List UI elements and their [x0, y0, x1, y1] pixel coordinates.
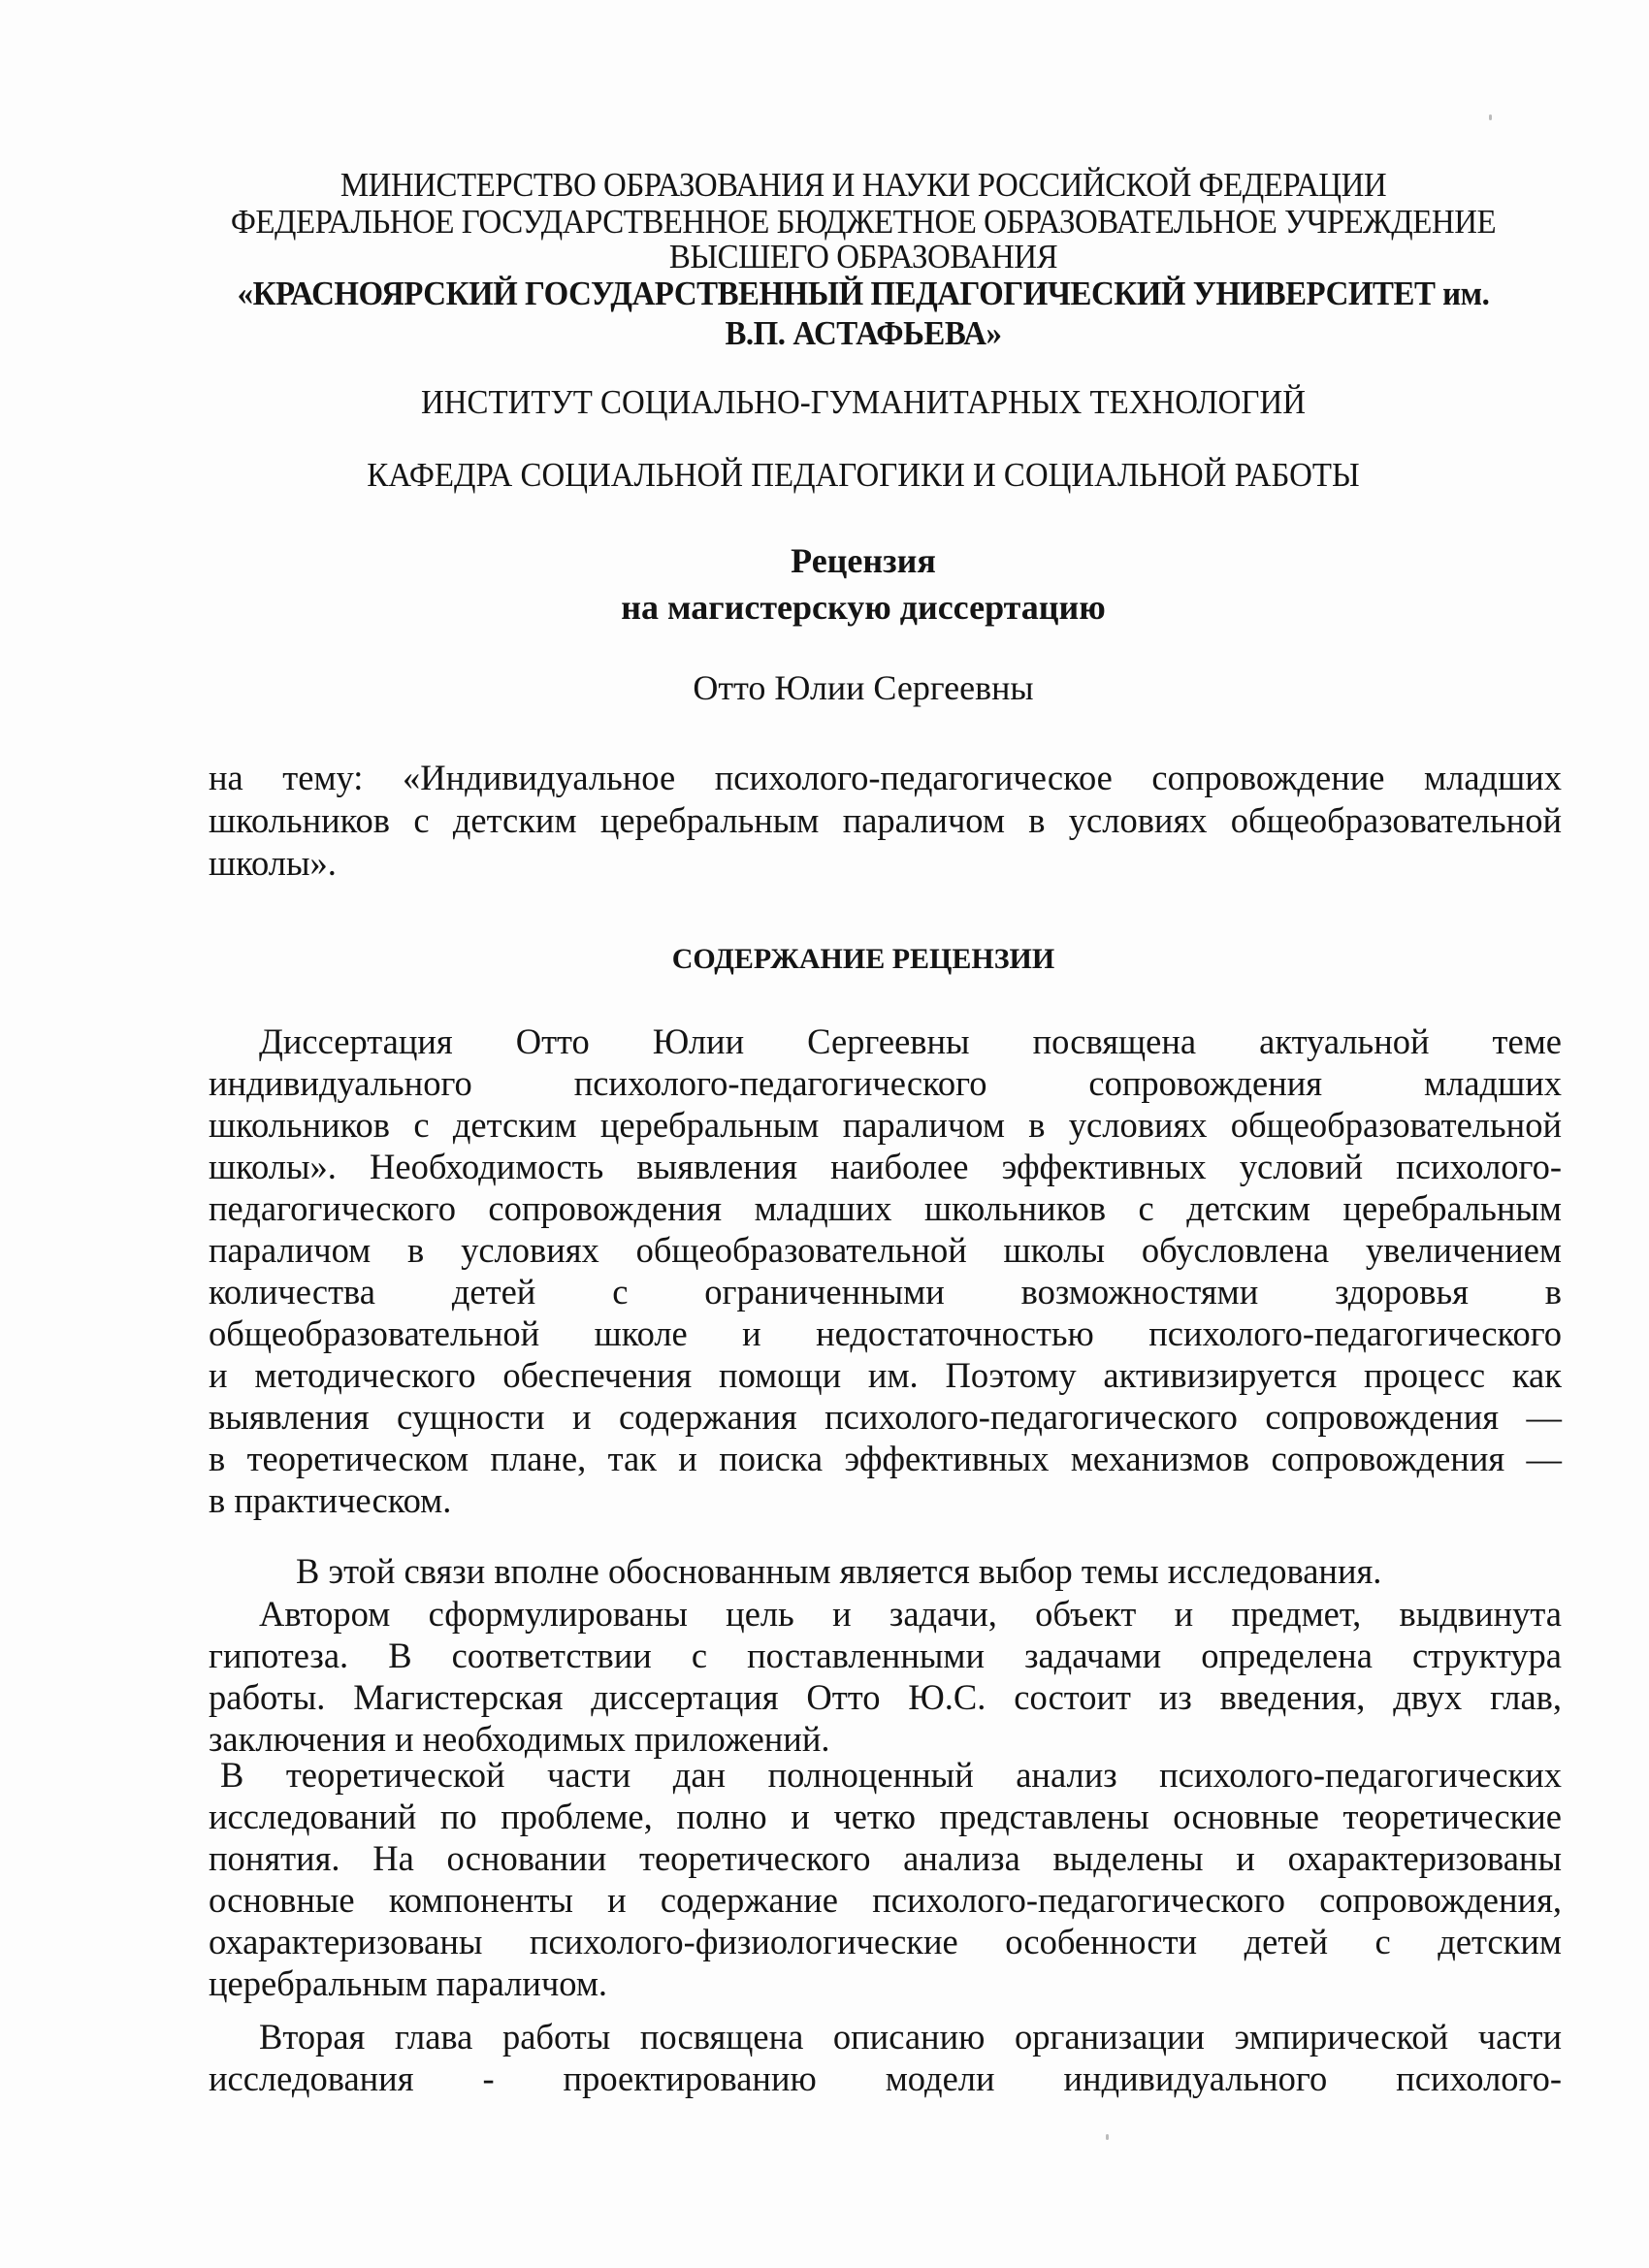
topic-line: школы». [209, 842, 1562, 885]
paragraph-line: гипотеза. В соответствии с поставленными… [209, 1635, 1562, 1676]
paragraph-4: В теоретической части дан полноценный ан… [209, 1754, 1562, 2004]
institution-type-line-2: ВЫСШЕГО ОБРАЗОВАНИЯ [198, 241, 1529, 274]
paragraph-line: общеобразовательной школе и недостаточно… [209, 1312, 1562, 1354]
paragraph-line: Диссертация Отто Юлии Сергеевны посвящен… [209, 1021, 1562, 1062]
paragraph-line: В этой связи вполне обоснованным являетс… [209, 1550, 1562, 1592]
paragraph-line: Вторая глава работы посвящена описанию о… [209, 2016, 1562, 2057]
paragraph-line: исследований по проблеме, полно и четко … [209, 1796, 1562, 1837]
document-page: МИНИСТЕРСТВО ОБРАЗОВАНИЯ И НАУКИ РОССИЙС… [0, 0, 1649, 2268]
paragraph-line: школьников с детским церебральным парали… [209, 1104, 1562, 1146]
paragraph-line: церебральным параличом. [209, 1962, 1562, 2004]
paragraph-line: охарактеризованы психолого-физиологическ… [209, 1921, 1562, 1962]
paragraph-line: и методического обеспечения помощи им. П… [209, 1354, 1562, 1396]
paragraph-line: выявления сущности и содержания психолог… [209, 1396, 1562, 1438]
paragraph-line: понятия. На основании теоретического ана… [209, 1837, 1562, 1879]
paragraph-3: Автором сформулированы цель и задачи, об… [209, 1593, 1562, 1760]
paragraph-line: работы. Магистерская диссертация Отто Ю.… [209, 1676, 1562, 1718]
paragraph-2: В этой связи вполне обоснованным являетс… [209, 1550, 1562, 1592]
paragraph-line: индивидуального психолого-педагогическог… [209, 1062, 1562, 1104]
paragraph-line: Автором сформулированы цель и задачи, об… [209, 1593, 1562, 1635]
paragraph-line: В теоретической части дан полноценный ан… [209, 1754, 1562, 1796]
paragraph-line: исследования - проектированию модели инд… [209, 2057, 1562, 2099]
scan-speck [1106, 2134, 1109, 2140]
author-name: Отто Юлии Сергеевны [155, 667, 1571, 708]
topic-line: школьников с детским церебральным парали… [209, 799, 1562, 842]
department-name: КАФЕДРА СОЦИАЛЬНОЙ ПЕДАГОГИКИ И СОЦИАЛЬН… [198, 456, 1529, 495]
university-name-line-2: В.П. АСТАФЬЕВА» [198, 314, 1529, 353]
document-title: Рецензия [155, 535, 1571, 586]
paragraph-line: параличом в условиях общеобразовательной… [209, 1229, 1562, 1271]
paragraph-1: Диссертация Отто Юлии Сергеевны посвящен… [209, 1021, 1562, 1521]
document-subtitle: на магистерскую диссертацию [155, 582, 1571, 632]
scan-speck [1489, 114, 1492, 120]
paragraph-line: в теоретическом плане, так и поиска эффе… [209, 1438, 1562, 1479]
university-name-line-1: «КРАСНОЯРСКИЙ ГОСУДАРСТВЕННЫЙ ПЕДАГОГИЧЕ… [198, 274, 1529, 314]
institution-header: МИНИСТЕРСТВО ОБРАЗОВАНИЯ И НАУКИ РОССИЙС… [155, 167, 1571, 353]
institution-type-line-1: ФЕДЕРАЛЬНОЕ ГОСУДАРСТВЕННОЕ БЮДЖЕТНОЕ ОБ… [198, 204, 1529, 241]
paragraph-line: количества детей с ограниченными возможн… [209, 1271, 1562, 1312]
ministry-line: МИНИСТЕРСТВО ОБРАЗОВАНИЯ И НАУКИ РОССИЙС… [198, 167, 1529, 204]
topic-block: на тему: «Индивидуальное психолого-педаг… [209, 757, 1562, 885]
institute-name: ИНСТИТУТ СОЦИАЛЬНО-ГУМАНИТАРНЫХ ТЕХНОЛОГ… [198, 383, 1529, 422]
paragraph-line: школы». Необходимость выявления наиболее… [209, 1146, 1562, 1187]
topic-line: на тему: «Индивидуальное психолого-педаг… [209, 757, 1562, 799]
paragraph-line: в практическом. [209, 1479, 1562, 1521]
paragraph-5: Вторая глава работы посвящена описанию о… [209, 2016, 1562, 2099]
paragraph-line: педагогического сопровождения младших шк… [209, 1187, 1562, 1229]
paragraph-line: основные компоненты и содержание психоло… [209, 1879, 1562, 1921]
section-heading: СОДЕРЖАНИЕ РЕЦЕНЗИИ [155, 943, 1571, 976]
